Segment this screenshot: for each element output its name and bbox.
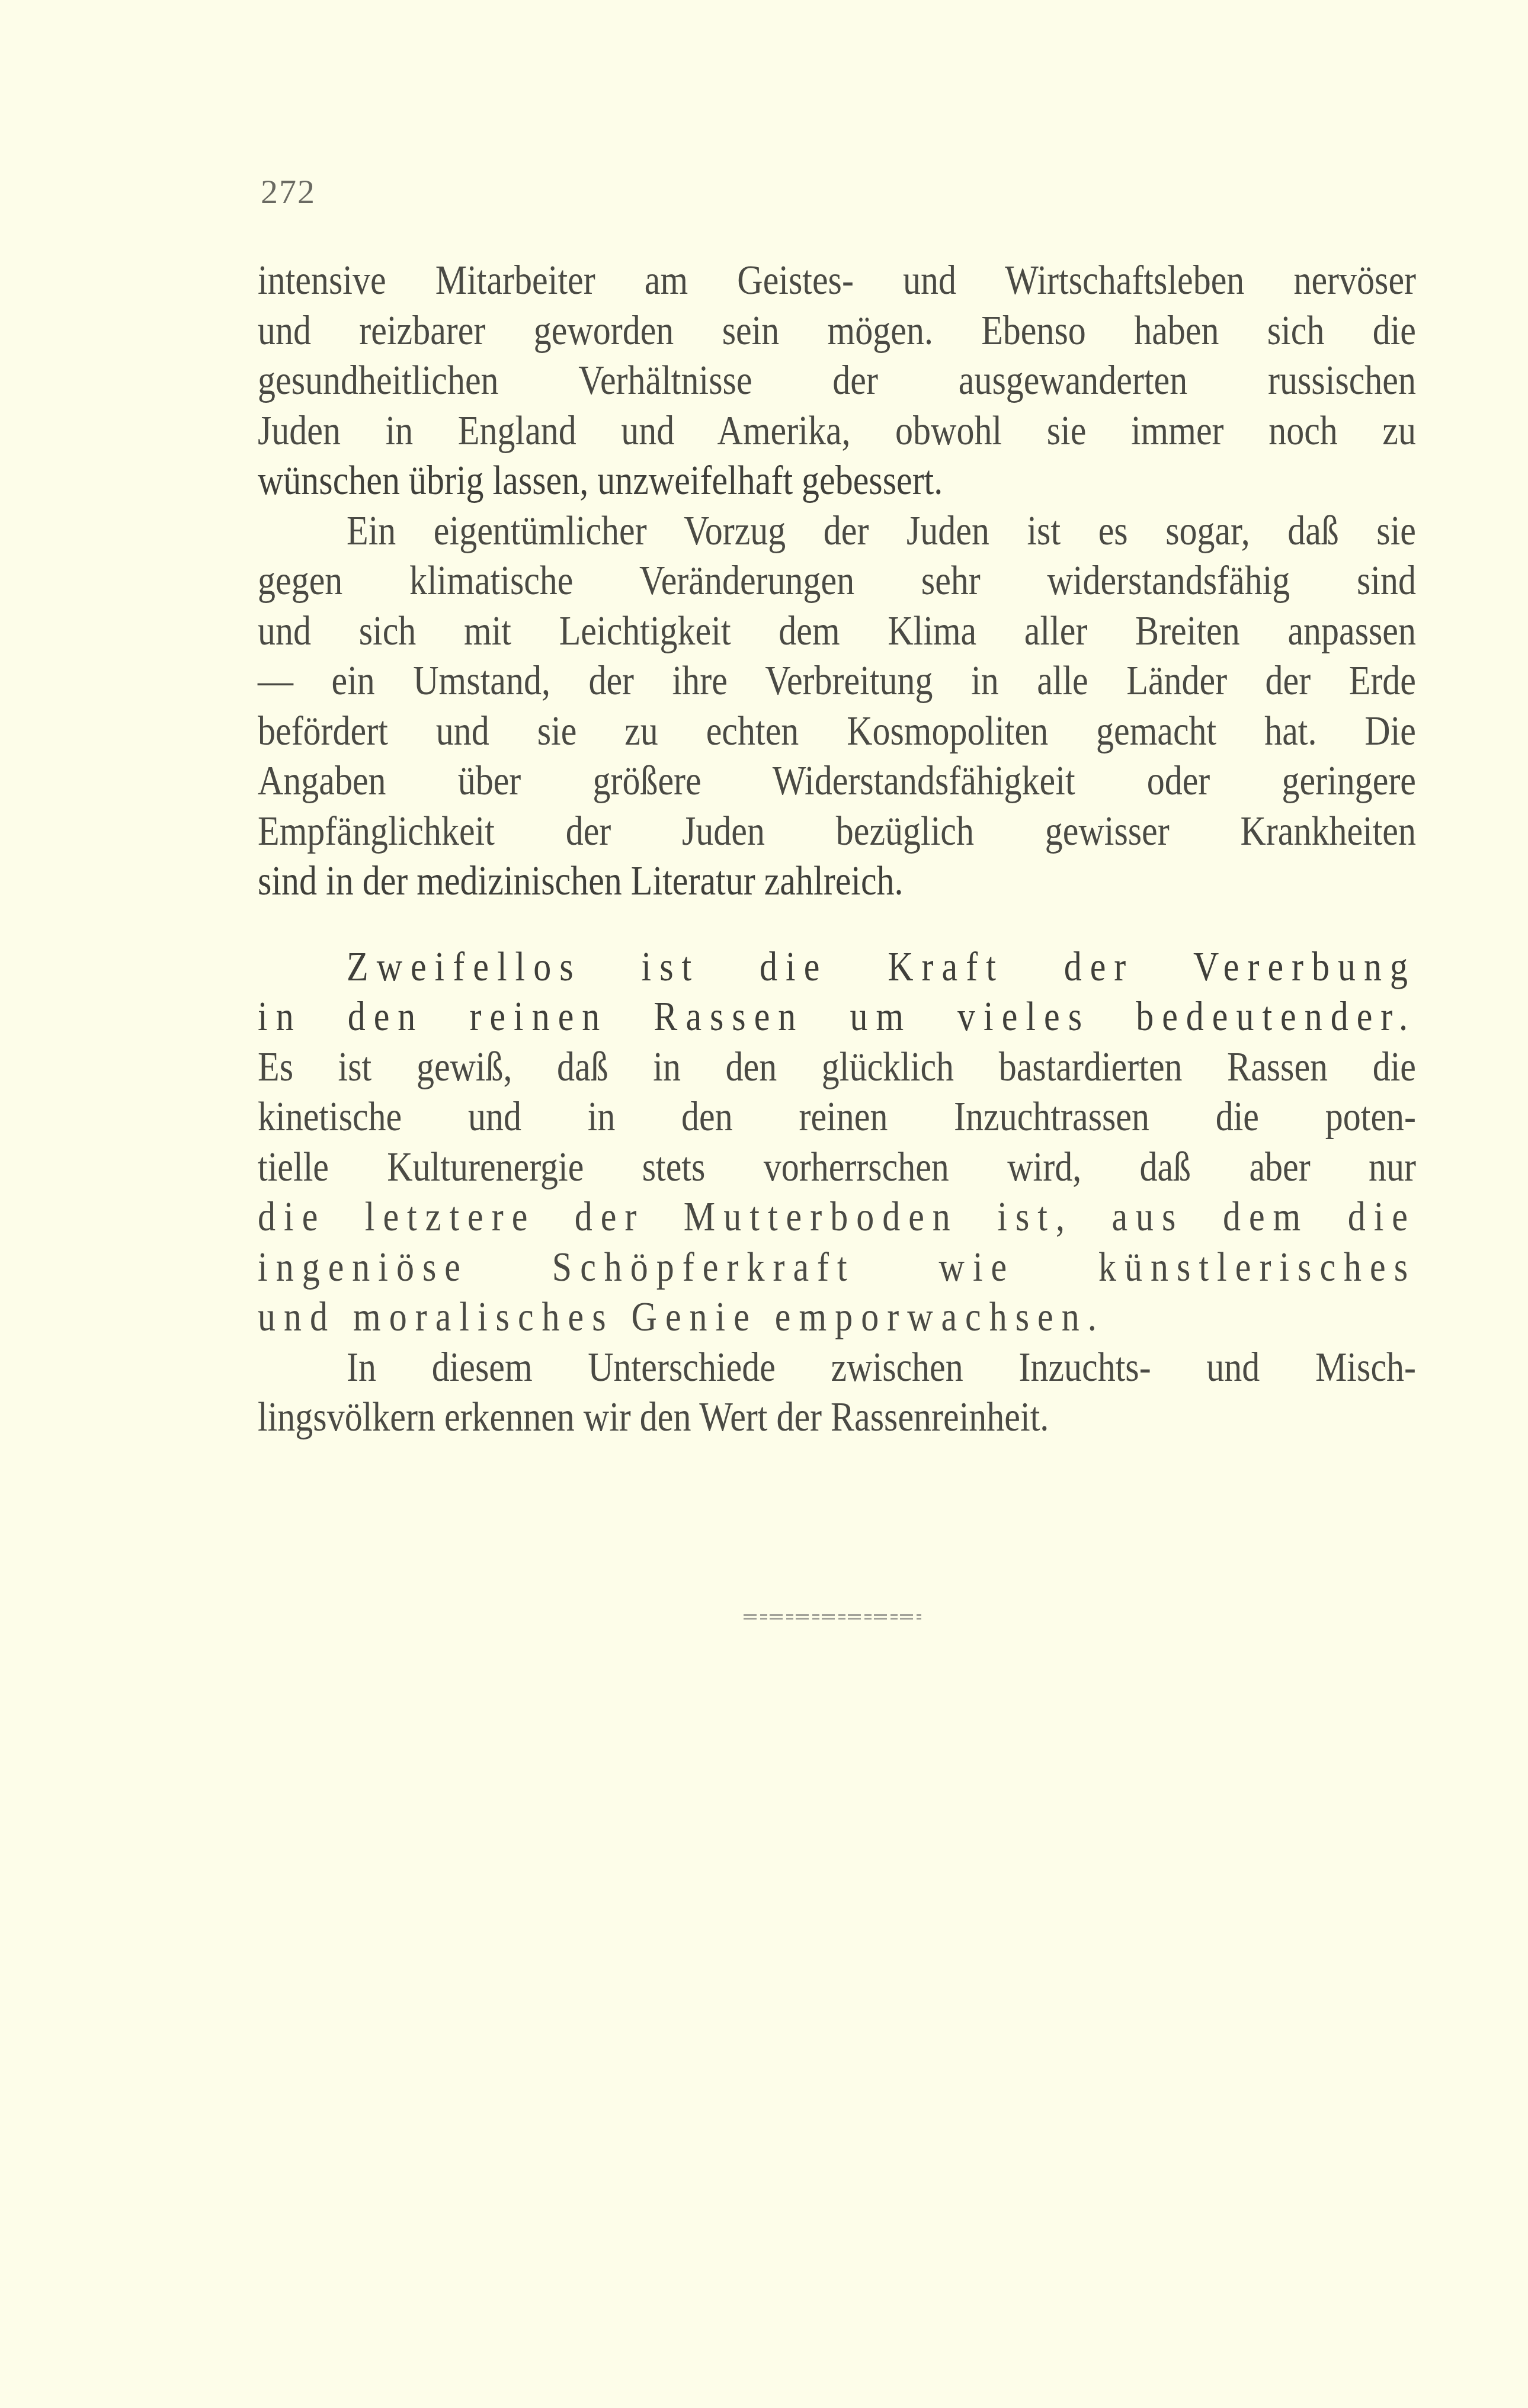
ornament-rule-bottom — [744, 1618, 921, 1620]
paragraph-1: intensive Mitarbeiter am Geistes- und Wi… — [258, 255, 1416, 505]
paragraph-3: Zweifellos ist die Kraft der Vererbung i… — [258, 941, 1416, 1342]
paragraph-spacer — [258, 906, 1416, 941]
paragraph-2: Ein eigentümlicher Vorzug der Juden ist … — [258, 505, 1416, 906]
section-end-ornament — [744, 1614, 921, 1621]
text-line: sind in der medizinischen Literatur zahl… — [258, 851, 1416, 910]
page-number: 272 — [261, 172, 316, 211]
text-line: lingsvölkern erkennen wir den Wert der R… — [258, 1387, 1416, 1446]
body-text: intensive Mitarbeiter am Geistes- und Wi… — [258, 255, 1416, 1442]
paragraph-4: In diesem Unterschiede zwischen Inzuchts… — [258, 1342, 1416, 1442]
ornament-rule-top — [744, 1614, 921, 1616]
